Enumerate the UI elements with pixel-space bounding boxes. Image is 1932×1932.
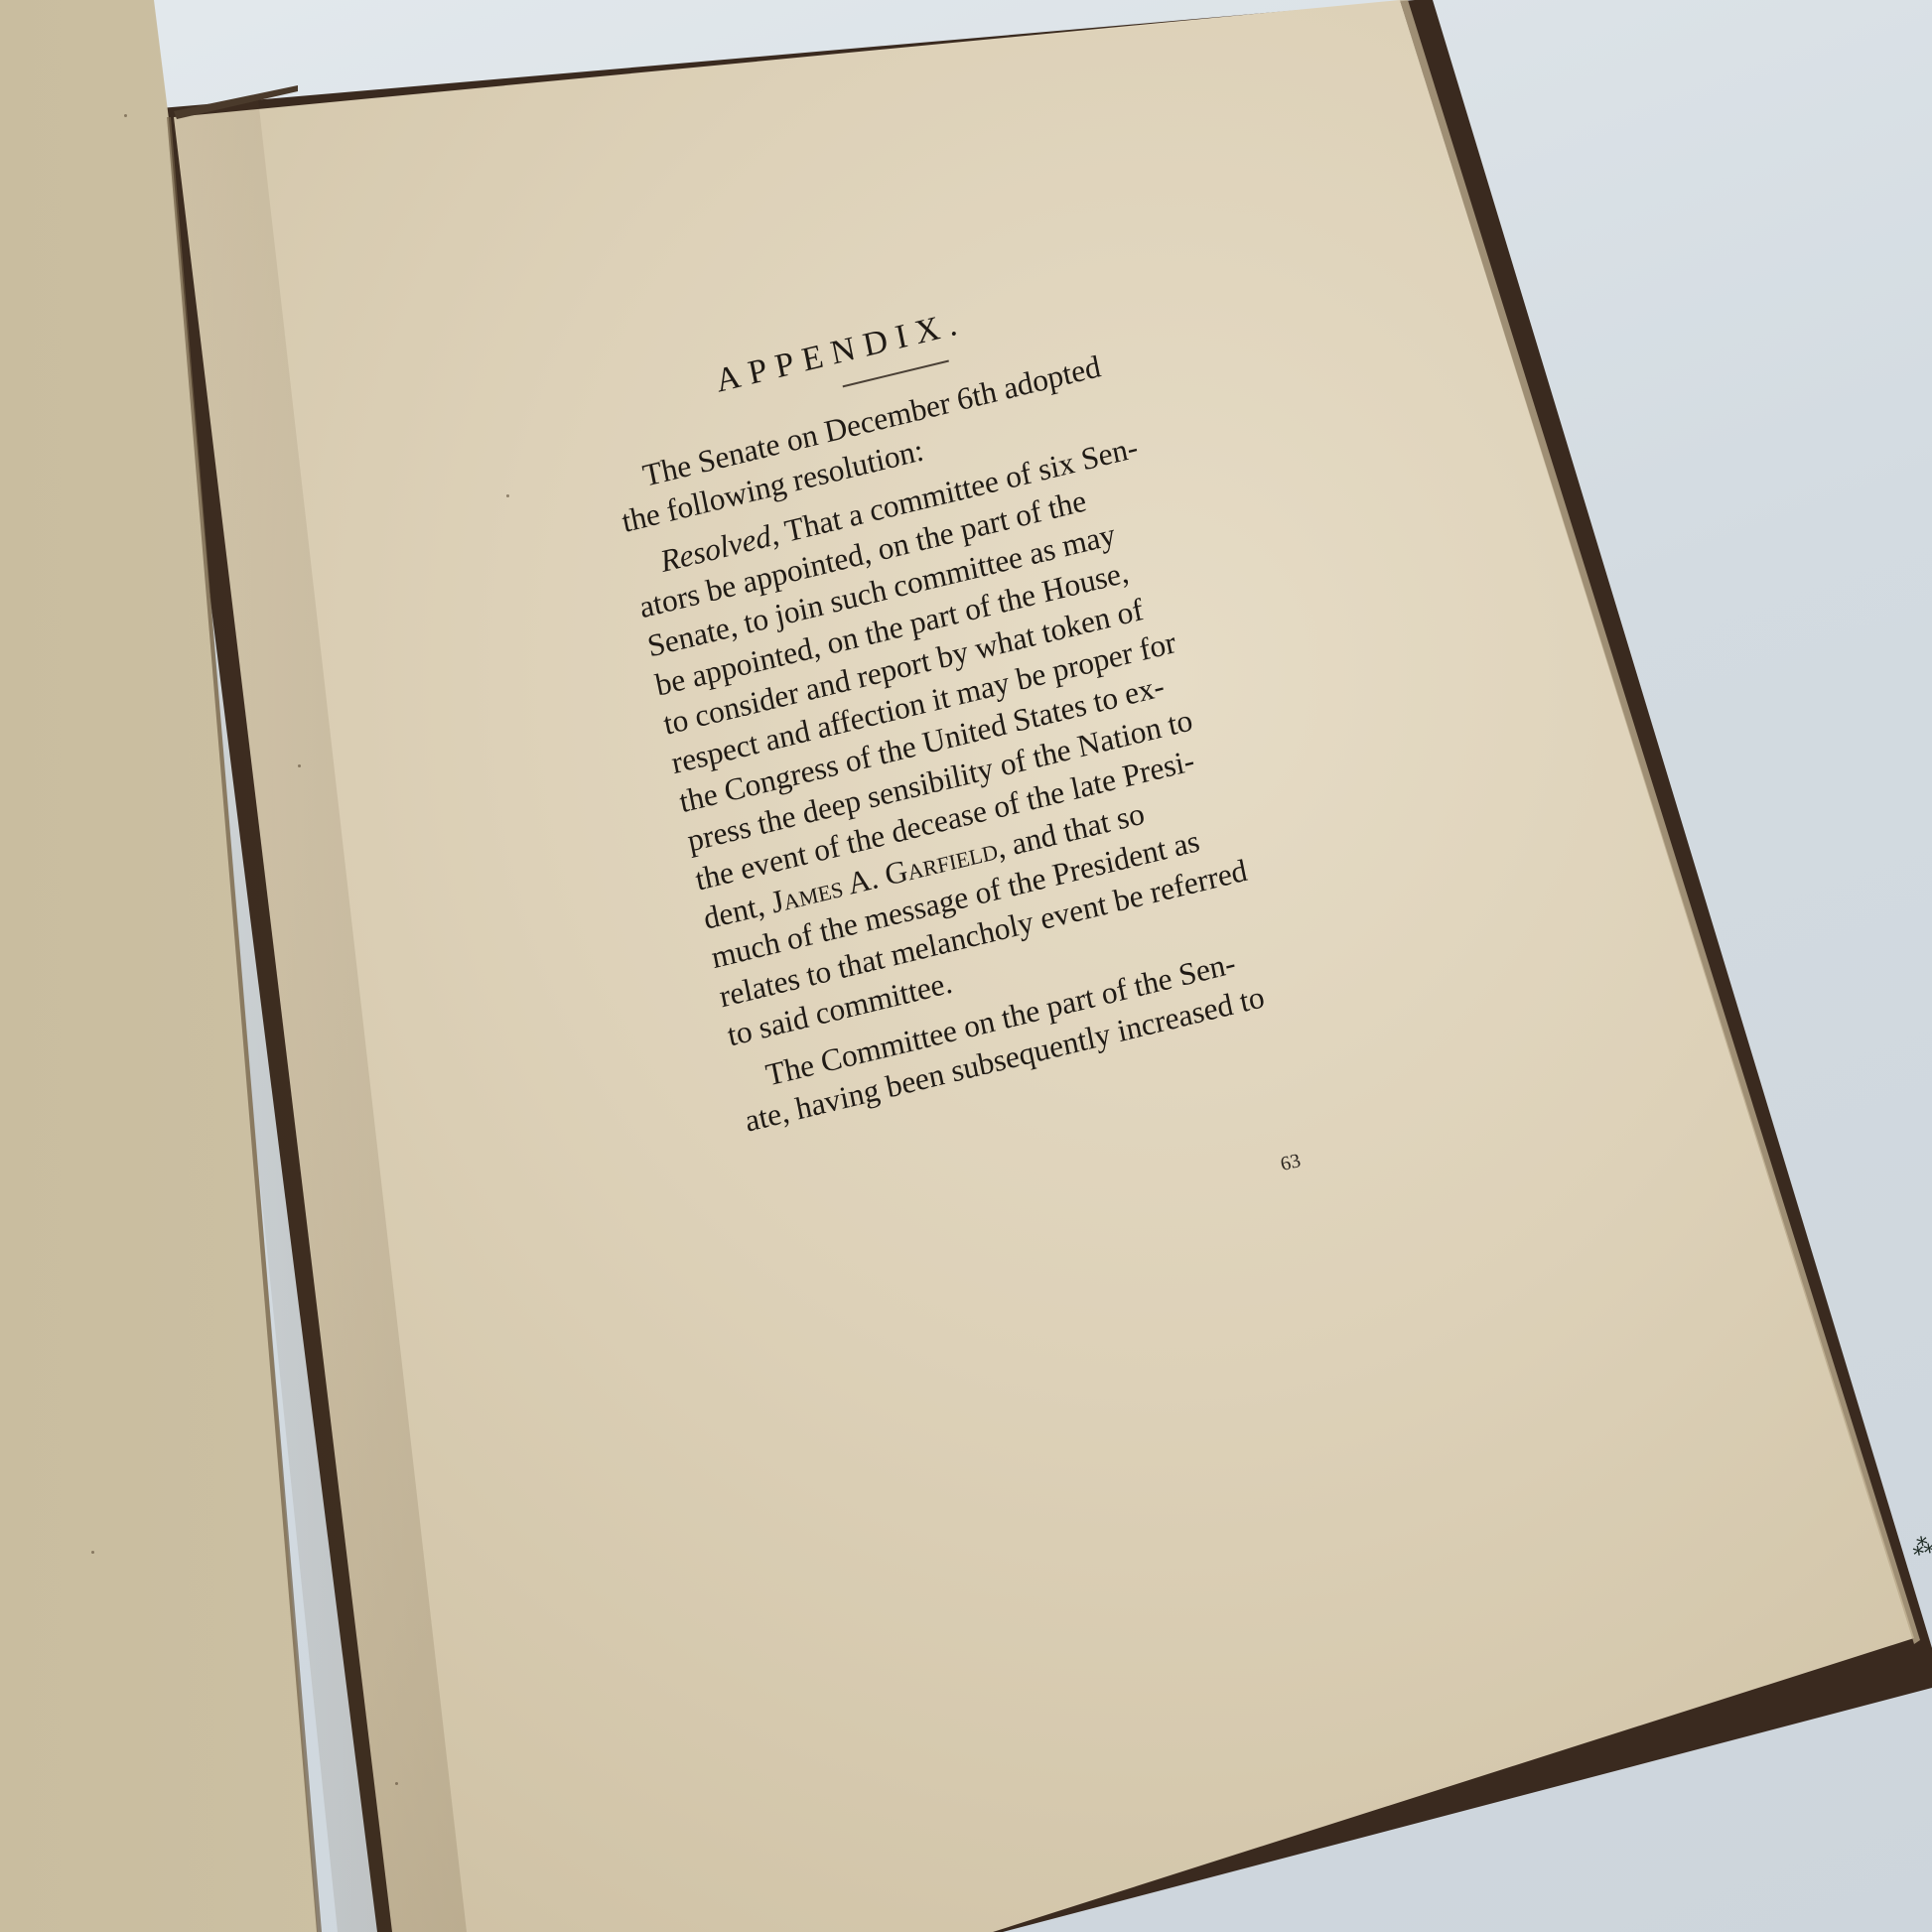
- paper-speck: [506, 494, 509, 497]
- paper-speck: [298, 764, 301, 767]
- paper-speck: [91, 1551, 94, 1554]
- paper-speck: [395, 1782, 398, 1785]
- book-photo-scene: APPENDIX. The Senate on December 6th ado…: [0, 0, 1932, 1932]
- paper-speck: [124, 114, 127, 117]
